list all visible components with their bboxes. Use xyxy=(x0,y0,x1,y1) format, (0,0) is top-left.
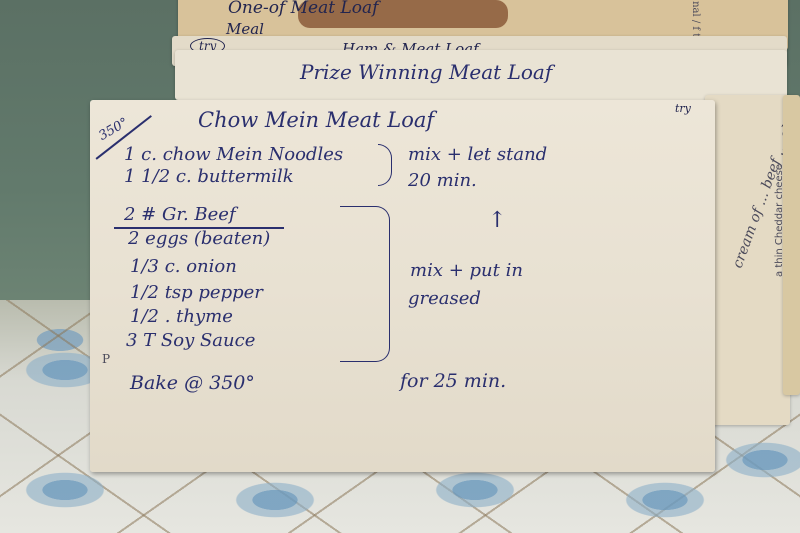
ingredient-thyme: 1/2 . thyme xyxy=(130,306,233,327)
clipping-text: a thin Cheddar cheese xyxy=(774,164,785,277)
margin-mark-p: P xyxy=(102,352,110,366)
instruction-mix-let-stand: mix + let stand xyxy=(408,144,547,165)
bracket-group-2 xyxy=(340,206,390,362)
ingredient-eggs: 2 eggs (beaten) xyxy=(128,228,270,249)
try-note: try xyxy=(675,102,691,115)
recipe-card-back-3: Prize Winning Meat Loaf xyxy=(175,50,787,100)
ingredient-buttermilk: 1 1/2 c. buttermilk xyxy=(124,166,294,187)
card-3-title: Prize Winning Meat Loaf xyxy=(300,60,552,84)
ingredient-pepper: 1/2 tsp pepper xyxy=(130,282,263,303)
corner-temp-note: 350° xyxy=(96,115,131,144)
card-1-title: One-of Meat Loaf xyxy=(228,0,378,18)
ingredient-noodles: 1 c. chow Mein Noodles xyxy=(124,144,343,165)
fabric-flower-motif xyxy=(720,440,800,480)
instruction-greased: greased xyxy=(408,288,481,309)
bracket-group-1 xyxy=(378,144,392,186)
bake-instruction: Bake @ 350° xyxy=(130,372,255,394)
arrow-up-icon: ↑ xyxy=(488,208,506,233)
fabric-flower-motif xyxy=(230,480,320,520)
fabric-flower-motif xyxy=(430,470,520,510)
fabric-flower-motif xyxy=(620,480,710,520)
ingredient-ground-beef: 2 # Gr. Beef xyxy=(124,204,236,225)
newspaper-clipping: a thin Cheddar cheese xyxy=(783,95,800,395)
bake-time: for 25 min. xyxy=(400,370,506,392)
fabric-flower-motif xyxy=(20,470,110,510)
instruction-mix-put-in: mix + put in xyxy=(410,260,523,281)
ingredient-onion: 1/3 c. onion xyxy=(130,256,237,277)
ingredient-soy-sauce: 3 T Soy Sauce xyxy=(126,330,255,351)
recipe-card-chow-mein-meat-loaf: 350° try Chow Mein Meat Loaf 1 c. chow M… xyxy=(90,100,715,472)
recipe-title: Chow Mein Meat Loaf xyxy=(198,108,434,132)
instruction-20-min: 20 min. xyxy=(408,170,477,191)
